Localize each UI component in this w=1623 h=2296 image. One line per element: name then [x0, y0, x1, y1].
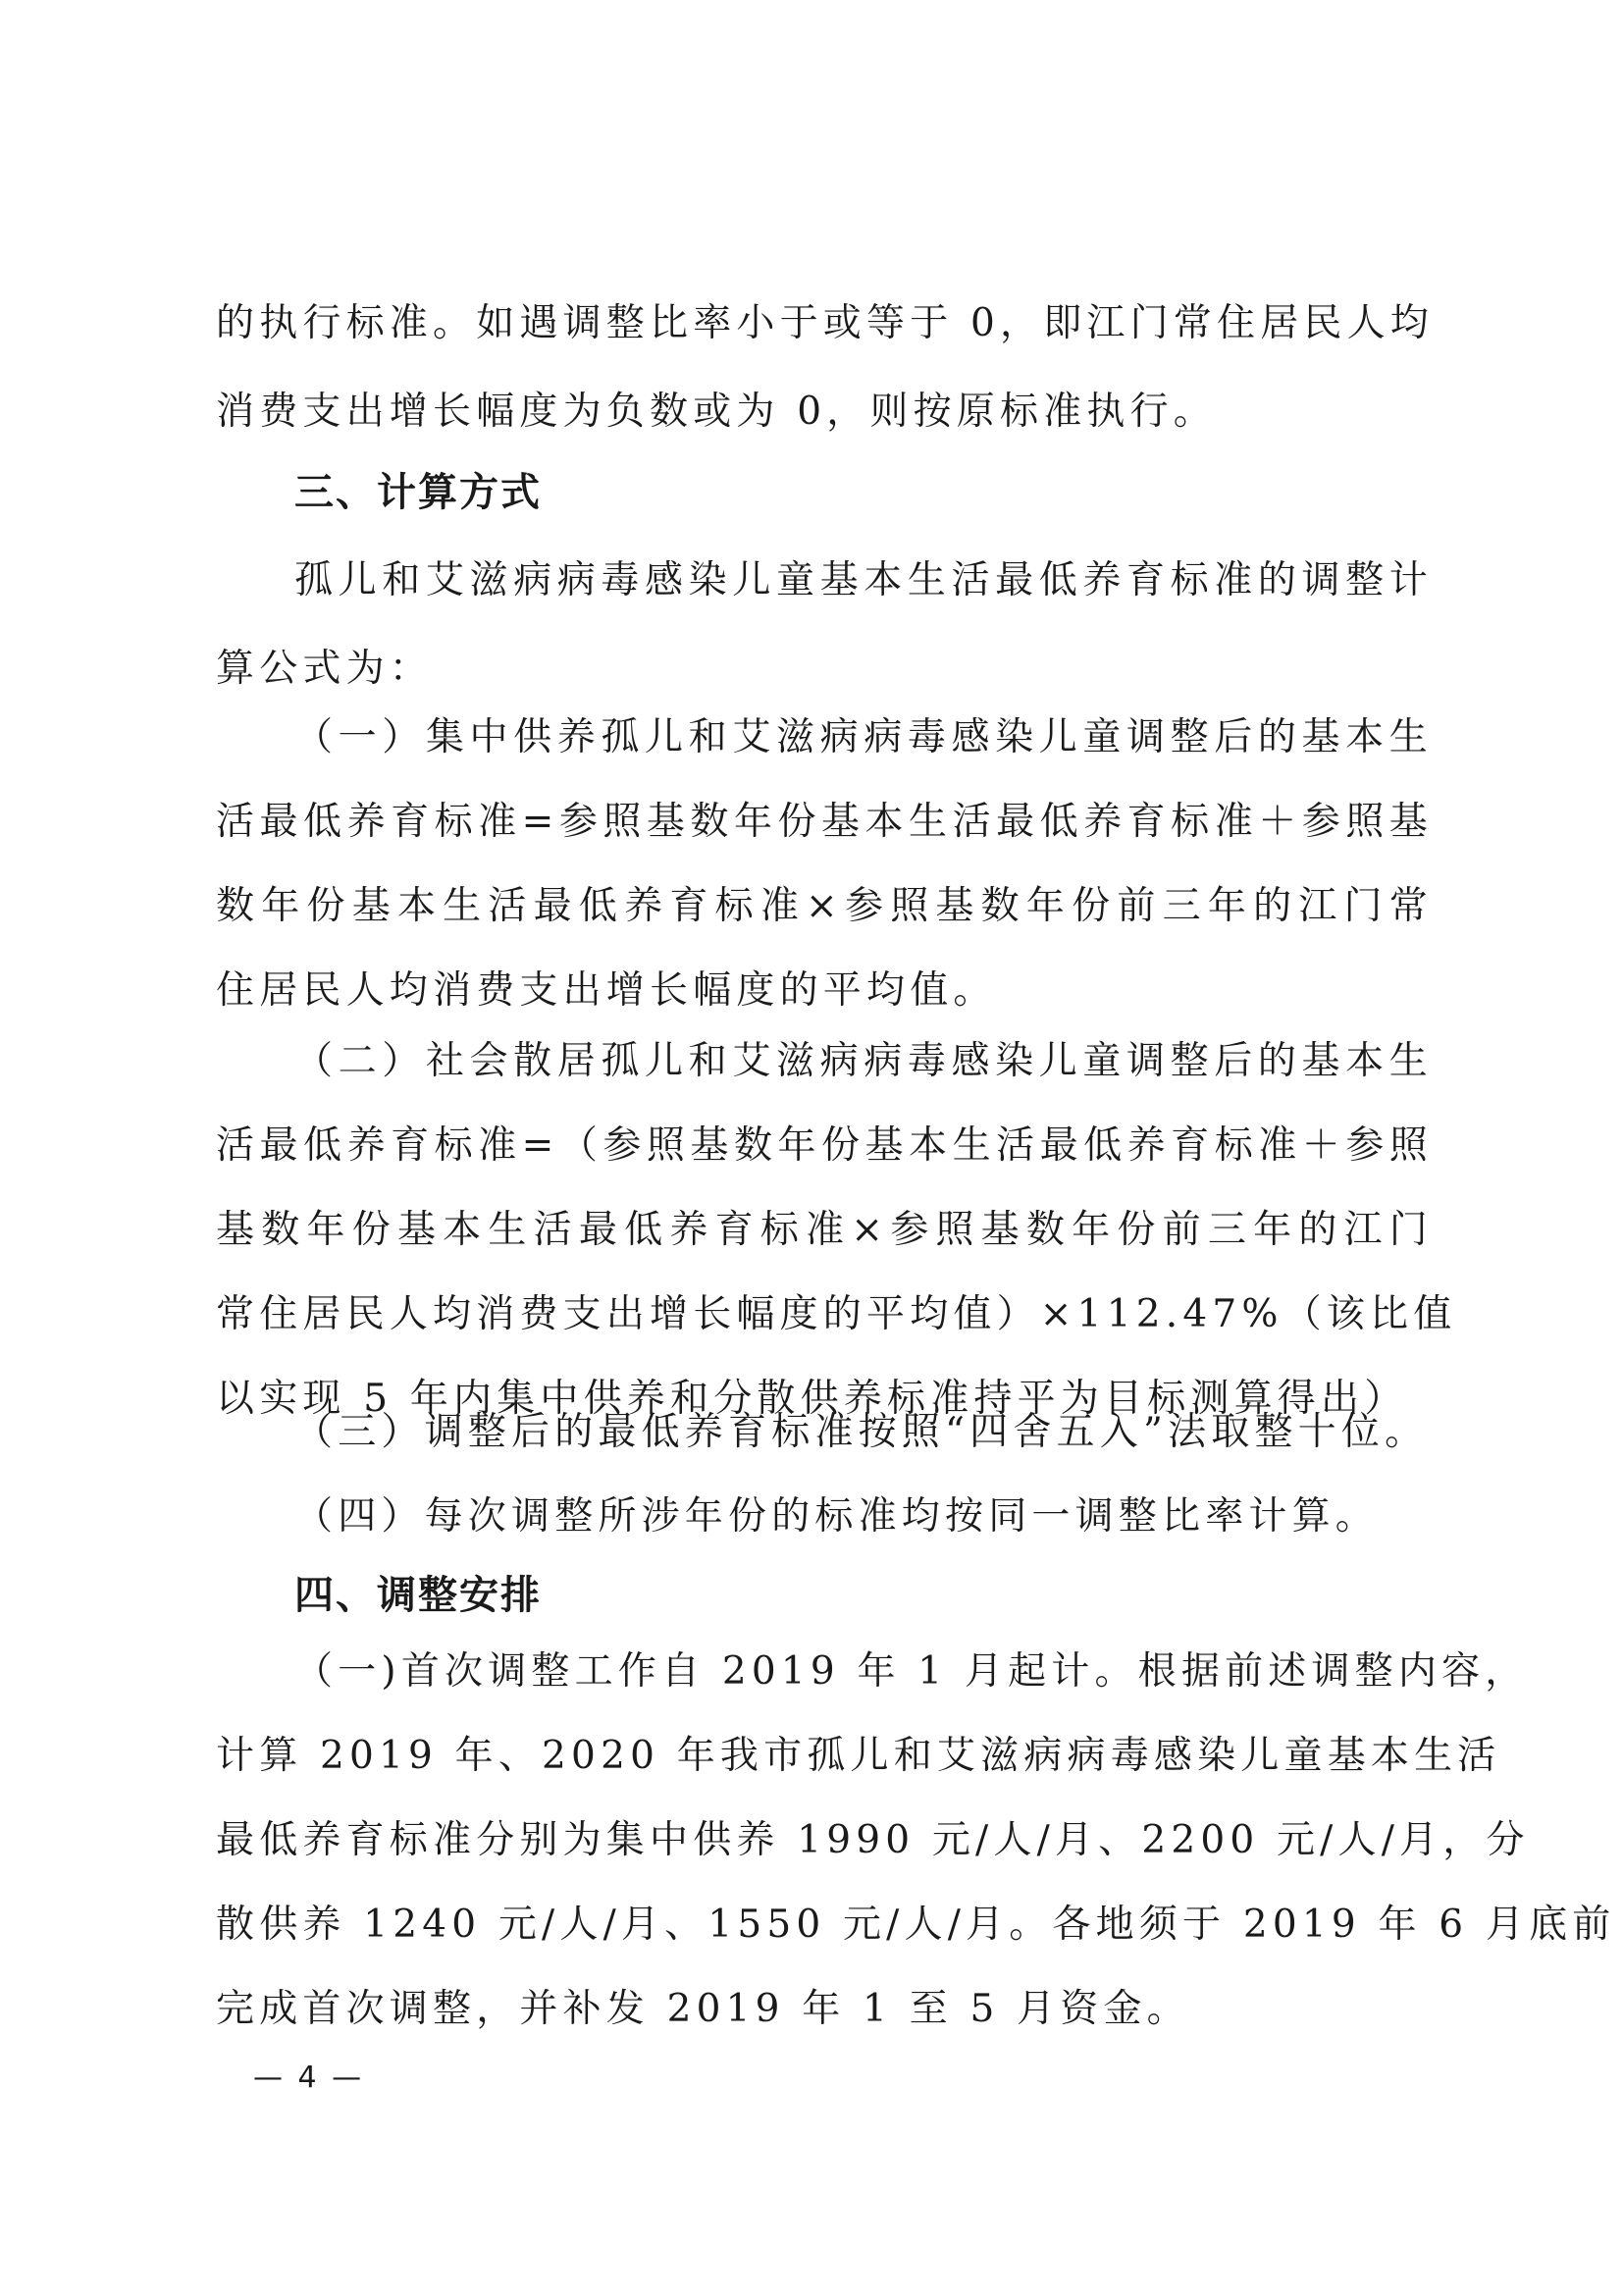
formula-item-1-line: （一）集中供养孤儿和艾滋病病毒感染儿童调整后的基本生	[294, 708, 1433, 767]
page-number: — 4 —	[253, 2059, 364, 2098]
paragraph-line: 算公式为：	[216, 640, 1433, 699]
arrangement-item-1-line: （一)首次调整工作自 2019 年 1 月起计。根据前述调整内容，	[294, 1643, 1433, 1701]
document-page: 的执行标准。如遇调整比率小于或等于 0，即江门常住居民人均 消费支出增长幅度为负…	[0, 0, 1623, 2296]
formula-item-2-line: 常住居民人均消费支出增长幅度的平均值）×112.47%（该比值	[216, 1285, 1433, 1344]
formula-item-1-line: 数年份基本生活最低养育标准×参照基数年份前三年的江门常	[216, 877, 1433, 936]
arrangement-item-1-line: 最低养育标准分别为集中供养 1990 元/人/月、2200 元/人/月，分	[216, 1811, 1433, 1870]
formula-item-1-line: 活最低养育标准=参照基数年份基本生活最低养育标准＋参照基	[216, 793, 1433, 852]
arrangement-item-1-line: 完成首次调整，并补发 2019 年 1 至 5 月资金。	[216, 1980, 1433, 2039]
formula-item-3: （三）调整后的最低养育标准按照“四舍五入”法取整十位。	[294, 1403, 1433, 1462]
section-heading-arrangement: 四、调整安排	[294, 1566, 542, 1625]
paragraph-line: 消费支出增长幅度为负数或为 0，则按原标准执行。	[216, 383, 1433, 442]
paragraph-line: 的执行标准。如遇调整比率小于或等于 0，即江门常住居民人均	[216, 294, 1433, 353]
formula-item-2-line: 基数年份基本生活最低养育标准×参照基数年份前三年的江门	[216, 1201, 1433, 1260]
formula-item-4: （四）每次调整所涉年份的标准均按同一调整比率计算。	[294, 1487, 1433, 1546]
formula-item-2-line: 活最低养育标准=（参照基数年份基本生活最低养育标准＋参照	[216, 1117, 1433, 1175]
paragraph-line: 孤儿和艾滋病病毒感染儿童基本生活最低养育标准的调整计	[294, 551, 1433, 610]
arrangement-item-1-line: 计算 2019 年、2020 年我市孤儿和艾滋病病毒感染儿童基本生活	[216, 1727, 1433, 1786]
formula-item-2-line: （二）社会散居孤儿和艾滋病病毒感染儿童调整后的基本生	[294, 1032, 1433, 1091]
formula-item-1-line: 住居民人均消费支出增长幅度的平均值。	[216, 962, 1433, 1020]
section-heading-calculation: 三、计算方式	[294, 463, 542, 522]
arrangement-item-1-line: 散供养 1240 元/人/月、1550 元/人/月。各地须于 2019 年 6 …	[216, 1896, 1433, 1955]
